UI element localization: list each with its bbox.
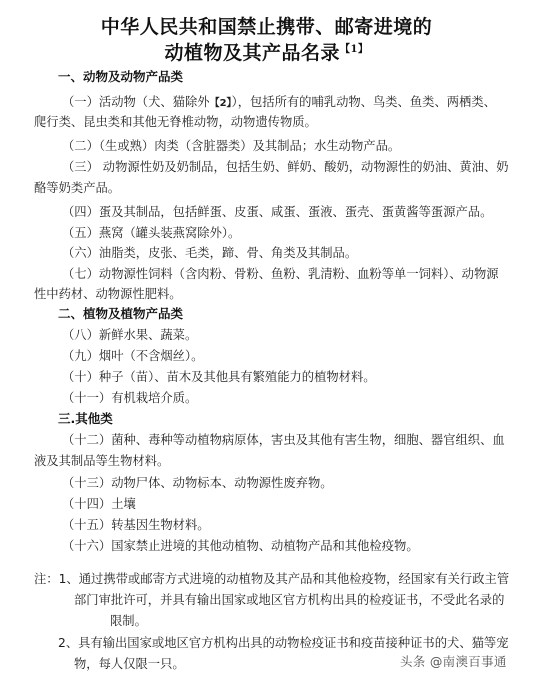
item-16-line1: （十六）国家禁止进境的其他动植物、动植物产品和其他检疫物。: [62, 538, 419, 554]
item-9-line1: （九）烟叶（不含烟丝）。: [62, 348, 203, 364]
note-1-line2: 部门审批许可，并具有输出国家或地区官方机构出具的检疫证书，不受此名录的: [74, 592, 504, 608]
item-text: ），包括所有的哺乳动物、鸟类、鱼类、两栖类、: [232, 95, 496, 109]
item-15-line1: （十五）转基因生物材料。: [62, 517, 210, 533]
document-page: 中华人民共和国禁止携带、邮寄进境的 动植物及其产品名录【1】 一、动物及动物产品…: [0, 0, 533, 684]
note-1-line3-text: 限制。: [110, 613, 147, 629]
section-heading-other: 三.其他类: [58, 411, 113, 427]
item-6-line1: （六）油脂类，皮张、毛类，蹄、骨、角类及其制品。: [62, 245, 357, 261]
item-12-line2: 液及其制品等生物材料。: [34, 453, 169, 469]
watermark: 头条 @南澳百事通: [400, 652, 507, 670]
title-text: 动植物及其产品名录: [165, 42, 341, 64]
footnote-ref-2: 【2】: [210, 98, 232, 109]
item-7-line1: （七）动物源性饲料（含肉粉、骨粉、鱼粉、乳清粉、血粉等单一饲料）、动物源: [62, 266, 499, 282]
item-5-line1: （五）燕窝（罐头装燕窝除外）。: [62, 225, 240, 241]
item-12-line1: （十二）菌种、毒种等动植物病原体，害虫及其他有害生物，细胞、器官组织、血: [62, 432, 505, 448]
notes-label: 注：: [34, 572, 59, 586]
note-1-line1: 注：1、通过携带或邮寄方式进境的动植物及其产品和其他检疫物，经国家有关行政主管: [34, 571, 509, 587]
item-2-line1: （二）（生或熟）肉类（含脏器类）及其制品；水生动物产品。: [62, 138, 400, 154]
item-4-line1: （四）蛋及其制品，包括鲜蛋、皮蛋、咸蛋、蛋液、蛋壳、蛋黄酱等蛋源产品。: [62, 204, 492, 220]
note-2-line2: 物，每人仅限一只。: [74, 656, 185, 672]
item-text: （一）活动物（犬、猫除外: [62, 95, 210, 109]
document-title-line1: 中华人民共和国禁止携带、邮寄进境的: [0, 12, 533, 39]
item-14-line1: （十四）土壤: [62, 496, 136, 512]
item-11-line1: （十一）有机栽培介质。: [62, 390, 197, 406]
section-heading-animal: 一、动物及动物产品类: [58, 69, 183, 85]
item-13-line1: （十三）动物尸体、动物标本、动物源性废弃物。: [62, 475, 333, 491]
footnote-ref-1: 【1】: [340, 44, 368, 55]
note-text: 1、通过携带或邮寄方式进境的动植物及其产品和其他检疫物，经国家有关行政主管: [59, 572, 510, 586]
item-10-line1: （十）种子（苗）、苗木及其他具有繁殖能力的植物材料。: [62, 369, 376, 385]
item-1-line1: （一）活动物（犬、猫除外【2】），包括所有的哺乳动物、鸟类、鱼类、两栖类、: [62, 94, 496, 110]
item-8-line1: （八）新鲜水果、蔬菜。: [62, 327, 197, 343]
section-heading-plant: 二、植物及植物产品类: [58, 306, 183, 322]
document-title-line2: 动植物及其产品名录【1】: [0, 38, 533, 65]
note-2-line1: 2、具有输出国家或地区官方机构出具的动物检疫证书和疫苗接种证书的犬、猫等宠: [58, 635, 509, 651]
item-3-line2: 酪等奶类产品。: [34, 180, 120, 196]
item-7-line2: 性中药材、动物源性肥料。: [34, 286, 182, 302]
item-3-line1: （三） 动物源性奶及奶制品，包括生奶、鲜奶、酸奶，动物源性的奶油、黄油、奶: [62, 159, 509, 175]
item-1-line2: 爬行类、昆虫类和其他无脊椎动物，动物遗传物质。: [34, 114, 317, 130]
